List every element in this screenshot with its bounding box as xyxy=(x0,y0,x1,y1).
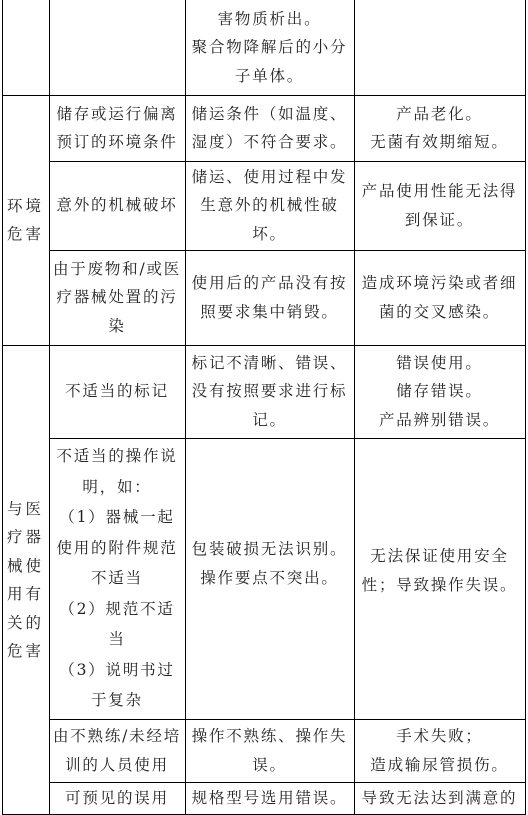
consequence-cell: 产品使用性能无法得 到保证。 xyxy=(354,161,525,250)
cause-cell: 规格型号选用错误。 xyxy=(185,782,354,815)
hazard-cell: 可预见的误用 xyxy=(49,782,185,815)
cause-cell: 使用后的产品没有按 照要求集中销毁。 xyxy=(185,250,354,345)
cause-cell: 储运条件（如温度、 湿度）不符合要求。 xyxy=(185,95,354,161)
consequence-cell: 造成环境污染或者细 菌的交叉感染。 xyxy=(354,250,525,345)
hazard-cell: 不适当的操作说 明，如： （1）器械一起 使用的附件规范 不适当 （2）规范不适… xyxy=(49,438,185,719)
hazard-table: 害物质析出。 聚合物降解后的小分 子单体。 环境 危害 储存或运行偏离 预订的环… xyxy=(0,0,528,815)
consequence-cell: 手术失败； 造成输尿管损伤。 xyxy=(354,719,525,782)
cause-cell: 标记不清晰、错误、 没有按照要求进行标 记。 xyxy=(185,345,354,438)
hazard-cell: 由于废物和/或医 疗器械处置的污 染 xyxy=(49,250,185,345)
hazard-cell: 不适当的标记 xyxy=(49,345,185,438)
category-label-device-use: 与医 疗器 械使 用有 关的 危害 xyxy=(2,345,49,815)
category-label-environment: 环境 危害 xyxy=(2,95,49,345)
cause-cell: 操作不熟练、操作失 误。 xyxy=(185,719,354,782)
consequence-cell: 错误使用。 储存错误。 产品辨别错误。 xyxy=(354,345,525,438)
consequence-cell: 害物质析出。 聚合物降解后的小分 子单体。 xyxy=(185,0,354,95)
hazard-cell: 由不熟练/未经培 训的人员使用 xyxy=(49,719,185,782)
cause-cell: 包装破损无法识别。 操作要点不突出。 xyxy=(185,438,354,719)
hazard-cell: 意外的机械破坏 xyxy=(49,161,185,250)
table-border-right xyxy=(525,0,526,815)
cause-cell: 储运、使用过程中发 生意外的机械性破 坏。 xyxy=(185,161,354,250)
consequence-cell: 导致无法达到满意的 xyxy=(354,782,525,815)
consequence-cell: 无法保证使用安全 性；导致操作失误。 xyxy=(354,438,525,719)
consequence-cell: 产品老化。 无菌有效期缩短。 xyxy=(354,95,525,161)
hazard-cell: 储存或运行偏离 预订的环境条件 xyxy=(49,95,185,161)
